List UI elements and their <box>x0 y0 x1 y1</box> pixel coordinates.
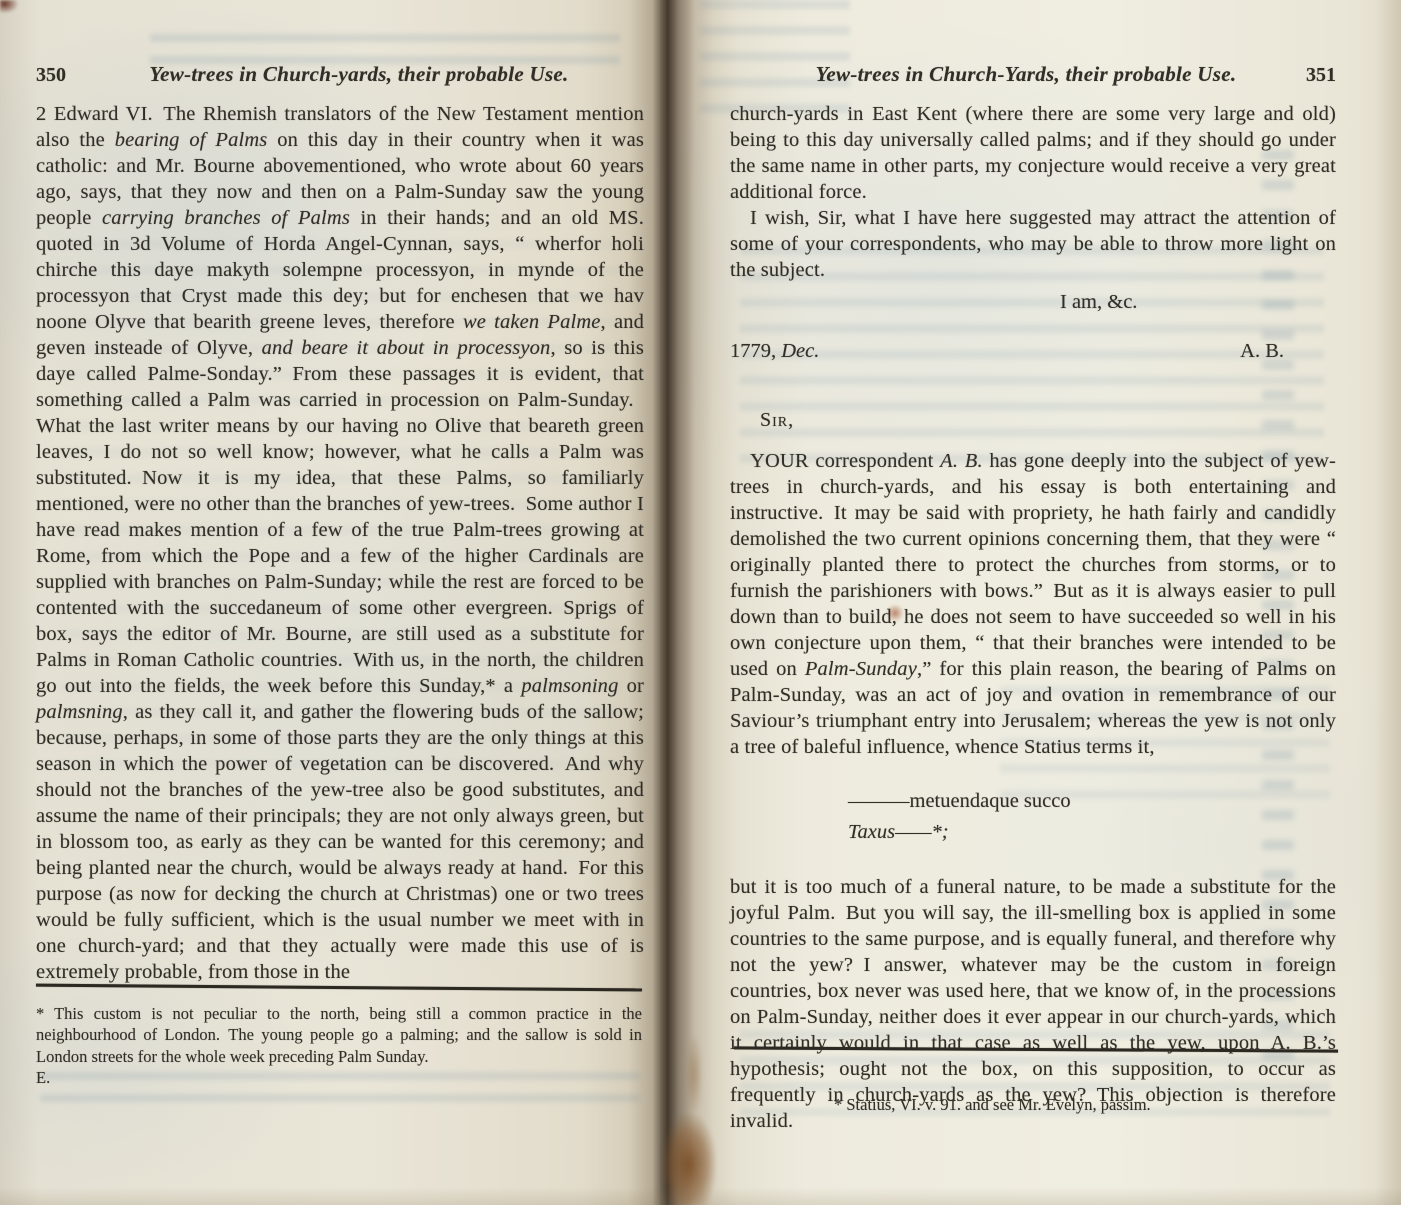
letter-closing: I am, &c. <box>730 291 1336 314</box>
paragraph-wish: I wish, Sir, what I have here suggested … <box>730 205 1336 283</box>
gutter-stain-streak <box>686 1036 702 1114</box>
verse-line-2: Taxus——*; <box>848 817 1336 848</box>
dateline-row: 1779, Dec. A. B. <box>730 340 1336 363</box>
right-page-number: 351 <box>1266 64 1336 87</box>
right-footnote-rule <box>734 1046 1338 1052</box>
gutter-stain <box>662 1114 716 1205</box>
right-footnote-block: * Statius, VI. v. 91. and see Mr. Evelyn… <box>734 1048 1338 1115</box>
left-page-header: 350 Yew-trees in Church-yards, their pro… <box>36 62 644 87</box>
verse-line-1: ———metuendaque succo <box>848 786 1336 817</box>
left-running-title: Yew-trees in Church-yards, their probabl… <box>114 62 604 87</box>
left-footnote-block: * This custom is not peculiar to the nor… <box>36 986 642 1089</box>
left-page-number: 350 <box>36 64 114 87</box>
left-footnote: * This custom is not peculiar to the nor… <box>36 1003 642 1068</box>
right-running-title: Yew-trees in Church-Yards, their probabl… <box>786 62 1266 87</box>
right-footnote: * Statius, VI. v. 91. and see Mr. Evelyn… <box>734 1095 1338 1115</box>
salutation: Sir, <box>730 409 1336 432</box>
left-footnote-signature: E. <box>36 1067 642 1089</box>
book-scan: 350 Yew-trees in Church-yards, their pro… <box>0 0 1401 1205</box>
paragraph-continuation: church-yards in East Kent (where there a… <box>730 101 1336 205</box>
left-page: 350 Yew-trees in Church-yards, their pro… <box>36 62 644 985</box>
page-edge-right <box>1375 0 1401 1205</box>
signature: A. B. <box>1240 340 1284 363</box>
right-page: Yew-trees in Church-Yards, their probabl… <box>730 62 1336 1134</box>
letter-paragraph: YOUR correspondent A. B. has gone deeply… <box>730 448 1336 760</box>
left-page-body: 2 Edward VI. The Rhemish translators of … <box>36 101 644 985</box>
corner-mark <box>0 0 18 13</box>
dateline: 1779, Dec. <box>730 340 819 363</box>
verse-quotation: ———metuendaque succo Taxus——*; <box>848 786 1336 848</box>
right-page-header: Yew-trees in Church-Yards, their probabl… <box>730 62 1336 87</box>
